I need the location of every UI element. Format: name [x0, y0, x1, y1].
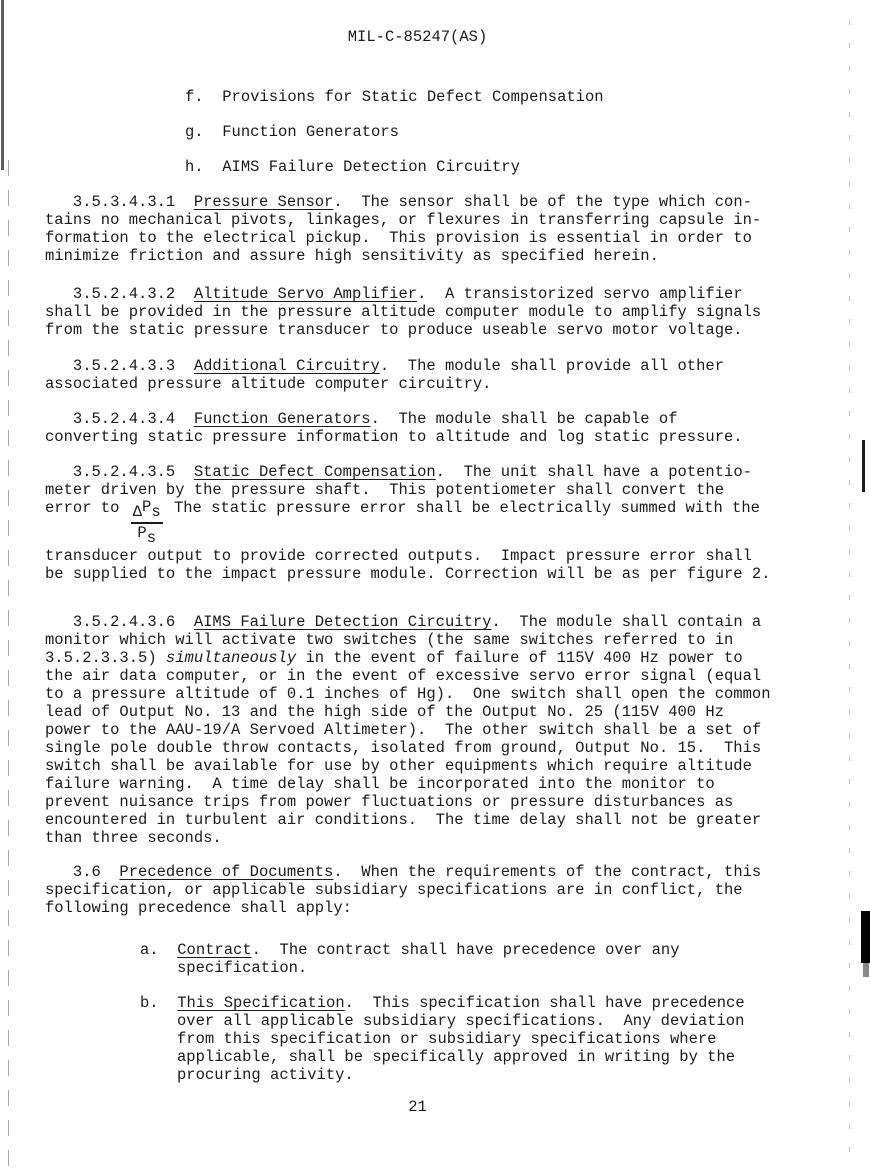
paragraph-additional-circuitry: 3.5.2.4.3.3 Additional Circuitry. The mo…	[45, 357, 790, 393]
section-number: 3.5.2.4.3.3	[45, 357, 194, 375]
section-number: 3.5.2.4.3.6	[45, 613, 194, 631]
pressure-ratio-fraction: ΔPsPs	[131, 499, 163, 547]
scan-artifact-right-dotted-line	[849, 20, 850, 1160]
scan-artifact-right-thin-line	[862, 440, 865, 492]
scan-artifact-left-broken-line	[8, 160, 9, 1170]
denominator-s: s	[147, 530, 156, 547]
scan-artifact-right-black-bar	[861, 911, 870, 963]
section-body-continued: in the event of failure of 115V 400 Hz p…	[45, 649, 771, 847]
delta-symbol: Δ	[133, 503, 142, 521]
section-title: Precedence of Documents	[119, 863, 333, 881]
paragraph-function-generators: 3.5.2.4.3.4 Function Generators. The mod…	[45, 410, 790, 446]
document-page: { "colors": { "ink": "#1b1b1b", "paper":…	[0, 0, 870, 1175]
sub-item-label: b.	[140, 994, 177, 1012]
feature-list: f. Provisions for Static Defect Compensa…	[185, 88, 790, 176]
list-item-h: h. AIMS Failure Detection Circuitry	[185, 158, 790, 176]
numerator-s: s	[151, 503, 160, 521]
sub-item-contract: a. Contract. The contract shall have pre…	[140, 941, 790, 977]
list-item-label: h.	[185, 158, 222, 176]
sub-item-title: Contract	[177, 941, 251, 959]
list-item-text: AIMS Failure Detection Circuitry	[222, 158, 520, 176]
sub-item-body: . The contract shall have precedence ove…	[177, 941, 680, 977]
fraction-denominator: Ps	[131, 524, 163, 547]
sub-item-title: This Specification	[177, 994, 344, 1012]
list-item-text: Provisions for Static Defect Compensatio…	[222, 88, 603, 106]
document-id-header: MIL-C-85247(AS)	[45, 28, 790, 46]
scan-artifact-right-gray-mark	[863, 963, 869, 977]
list-item-text: Function Generators	[222, 123, 399, 141]
section-number: 3.5.2.4.3.5	[45, 463, 194, 481]
list-item-label: f.	[185, 88, 222, 106]
scan-artifact-left-edge-mark	[1, 0, 4, 170]
page-number: 21	[408, 1098, 427, 1116]
section-title: Altitude Servo Amplifier	[194, 285, 417, 303]
document-id: MIL-C-85247(AS)	[348, 28, 488, 46]
list-item-label: g.	[185, 123, 222, 141]
sub-item-label: a.	[140, 941, 177, 959]
numerator-p: P	[142, 499, 151, 516]
denominator-p: P	[137, 524, 146, 542]
page-footer: 21	[45, 1098, 790, 1116]
section-title: AIMS Failure Detection Circuitry	[194, 613, 492, 631]
fraction-numerator: ΔPs	[131, 499, 163, 524]
section-number: 3.6	[45, 863, 119, 881]
italic-word: simultaneously	[166, 649, 296, 667]
sub-item-this-specification: b. This Specification. This specificatio…	[140, 994, 790, 1084]
paragraph-static-defect-compensation: 3.5.2.4.3.5 Static Defect Compensation. …	[45, 463, 790, 583]
section-title: Additional Circuitry	[194, 357, 380, 375]
paragraph-aims-failure-detection: 3.5.2.4.3.6 AIMS Failure Detection Circu…	[45, 613, 790, 847]
paragraph-precedence-of-documents: 3.6 Precedence of Documents. When the re…	[45, 863, 790, 917]
section-title: Function Generators	[194, 410, 371, 428]
section-number: 3.5.3.4.3.1	[45, 193, 194, 211]
paragraph-altitude-servo-amplifier: 3.5.2.4.3.2 Altitude Servo Amplifier. A …	[45, 285, 790, 339]
section-number: 3.5.2.4.3.4	[45, 410, 194, 428]
list-item-f: f. Provisions for Static Defect Compensa…	[185, 88, 790, 106]
paragraph-pressure-sensor: 3.5.3.4.3.1 Pressure Sensor. The sensor …	[45, 193, 790, 265]
section-title: Static Defect Compensation	[194, 463, 436, 481]
section-number: 3.5.2.4.3.2	[45, 285, 194, 303]
section-title: Pressure Sensor	[194, 193, 334, 211]
list-item-g: g. Function Generators	[185, 123, 790, 141]
